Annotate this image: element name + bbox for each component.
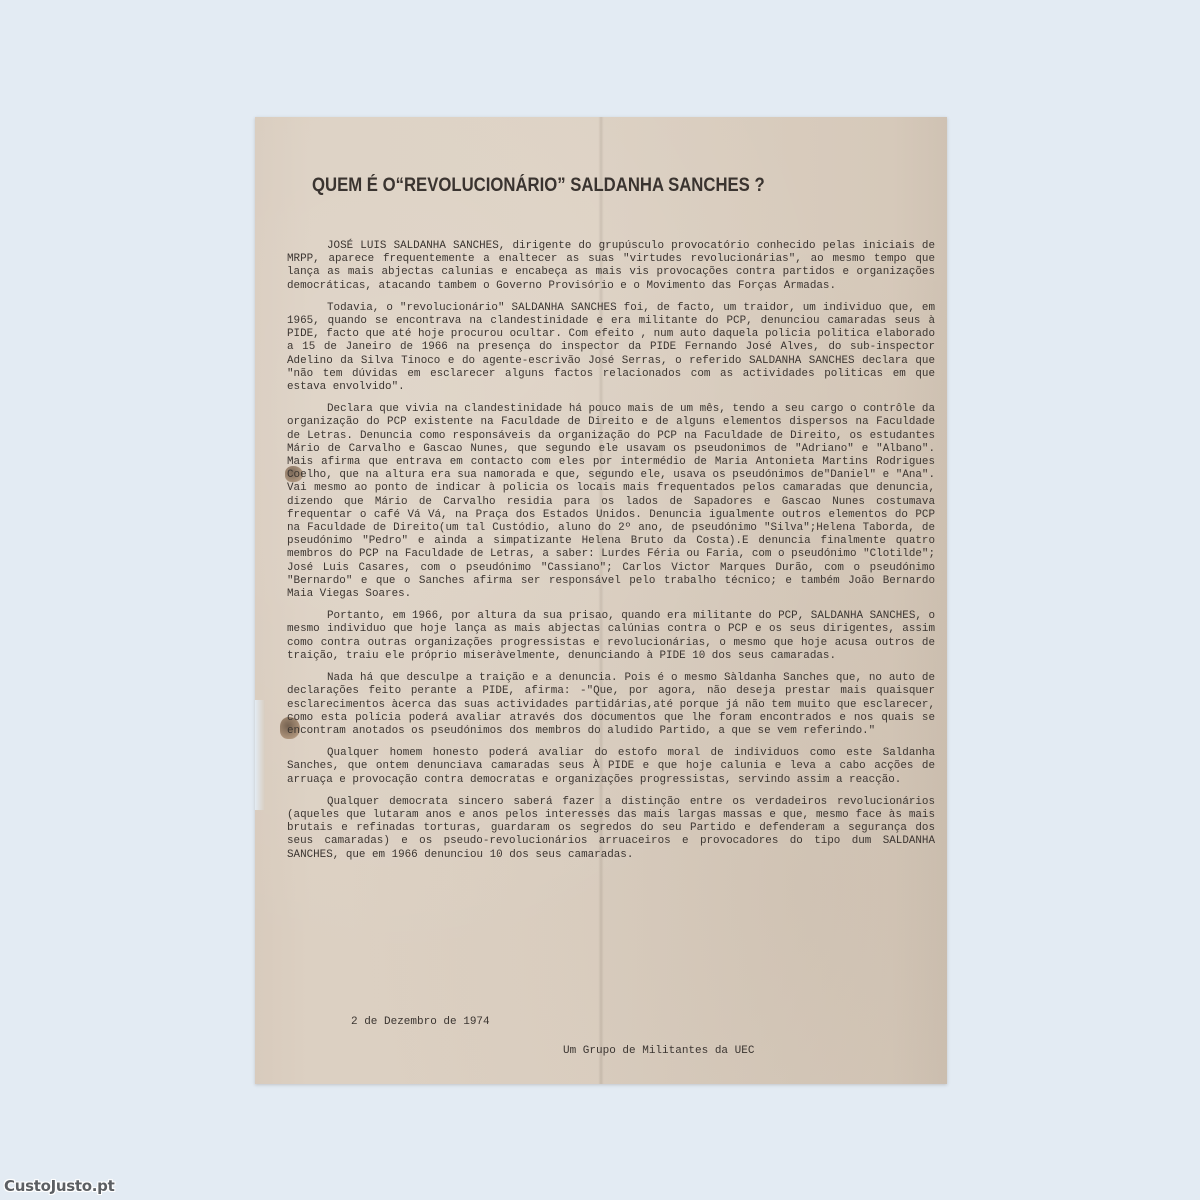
document-body: JOSÉ LUIS SALDANHA SANCHES, dirigente do… (287, 240, 935, 871)
paragraph-2: Todavia, o "revolucionário" SALDANHA SAN… (287, 302, 935, 394)
document-date: 2 de Dezembro de 1974 (351, 1016, 490, 1028)
paragraph-5: Nada há que desculpe a traição e a denun… (287, 672, 935, 738)
paragraph-3: Declara que vivia na clandestinidade há … (287, 403, 935, 601)
paper-torn-edge (255, 700, 265, 810)
paragraph-7: Qualquer democrata sincero saberá fazer … (287, 796, 935, 862)
document-title: QUEM É O“REVOLUCIONÁRIO” SALDANHA SANCHE… (312, 175, 765, 197)
paragraph-1: JOSÉ LUIS SALDANHA SANCHES, dirigente do… (287, 240, 935, 293)
paragraph-6: Qualquer homem honesto poderá avaliar do… (287, 747, 935, 787)
paragraph-4: Portanto, em 1966, por altura da sua pri… (287, 610, 935, 663)
document-signature: Um Grupo de Militantes da UEC (563, 1045, 754, 1057)
watermark-logo: CustoJusto.pt (4, 1177, 114, 1195)
